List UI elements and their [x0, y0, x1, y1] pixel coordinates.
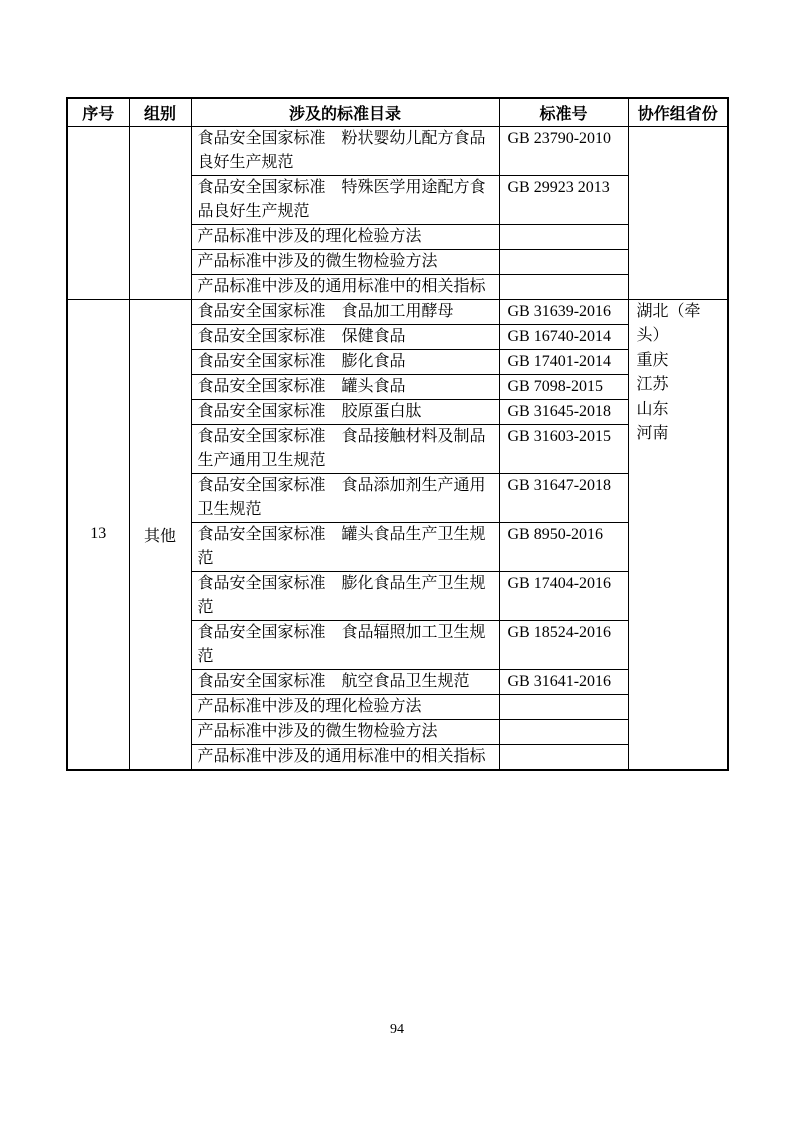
table-row: 13其他食品安全国家标准 食品加工用酵母GB 31639-2016湖北（牵头）重… — [67, 299, 728, 324]
column-header-3: 涉及的标准目录 — [191, 98, 499, 126]
catalog-cell: 产品标准中涉及的通用标准中的相关指标 — [191, 744, 499, 770]
standard-no-cell: GB 18524-2016 — [499, 620, 628, 669]
catalog-cell: 食品安全国家标准 食品接触材料及制品 生产通用卫生规范 — [191, 424, 499, 473]
group-cell — [129, 126, 191, 299]
catalog-cell: 食品安全国家标准 保健食品 — [191, 324, 499, 349]
standard-no-cell — [499, 249, 628, 274]
province-line: 山东 — [637, 398, 724, 423]
province-cell: 湖北（牵头）重庆江苏山东河南 — [628, 299, 728, 770]
column-header-5: 协作组省份 — [628, 98, 728, 126]
table-row: 食品安全国家标准 粉状婴幼儿配方食品 良好生产规范GB 23790-2010 — [67, 126, 728, 175]
serial-cell: 13 — [67, 299, 129, 770]
province-line: 江苏 — [637, 373, 724, 398]
catalog-cell: 食品安全国家标准 航空食品卫生规范 — [191, 669, 499, 694]
catalog-cell: 产品标准中涉及的通用标准中的相关指标 — [191, 274, 499, 299]
catalog-cell: 食品安全国家标准 膨化食品 — [191, 349, 499, 374]
standard-no-cell: GB 8950-2016 — [499, 522, 628, 571]
standard-no-cell: GB 29923 2013 — [499, 175, 628, 224]
standard-no-cell — [499, 224, 628, 249]
page-number: 94 — [0, 1022, 794, 1038]
header-row: 序号组别涉及的标准目录标准号协作组省份 — [67, 98, 728, 126]
standard-no-cell — [499, 274, 628, 299]
catalog-cell: 产品标准中涉及的理化检验方法 — [191, 694, 499, 719]
standard-no-cell: GB 31645-2018 — [499, 399, 628, 424]
province-line: 河南 — [637, 422, 724, 447]
standard-no-cell — [499, 719, 628, 744]
province-line: 湖北（牵头） — [637, 300, 724, 349]
standards-table: 序号组别涉及的标准目录标准号协作组省份 食品安全国家标准 粉状婴幼儿配方食品 良… — [66, 97, 729, 771]
catalog-cell: 食品安全国家标准 胶原蛋白肽 — [191, 399, 499, 424]
standard-no-cell: GB 31647-2018 — [499, 473, 628, 522]
catalog-cell: 食品安全国家标准 膨化食品生产卫生规 范 — [191, 571, 499, 620]
standard-no-cell: GB 23790-2010 — [499, 126, 628, 175]
standard-no-cell: GB 31603-2015 — [499, 424, 628, 473]
catalog-cell: 食品安全国家标准 食品添加剂生产通用 卫生规范 — [191, 473, 499, 522]
catalog-cell: 食品安全国家标准 特殊医学用途配方食 品良好生产规范 — [191, 175, 499, 224]
catalog-cell: 产品标准中涉及的理化检验方法 — [191, 224, 499, 249]
serial-cell — [67, 126, 129, 299]
standard-no-cell: GB 31639-2016 — [499, 299, 628, 324]
column-header-4: 标准号 — [499, 98, 628, 126]
catalog-cell: 食品安全国家标准 罐头食品生产卫生规 范 — [191, 522, 499, 571]
document-page: 序号组别涉及的标准目录标准号协作组省份 食品安全国家标准 粉状婴幼儿配方食品 良… — [0, 0, 794, 1122]
catalog-cell: 产品标准中涉及的微生物检验方法 — [191, 719, 499, 744]
province-cell — [628, 126, 728, 299]
standard-no-cell — [499, 694, 628, 719]
table-header: 序号组别涉及的标准目录标准号协作组省份 — [67, 98, 728, 126]
standard-no-cell: GB 17404-2016 — [499, 571, 628, 620]
column-header-2: 组别 — [129, 98, 191, 126]
standard-no-cell: GB 16740-2014 — [499, 324, 628, 349]
catalog-cell: 食品安全国家标准 食品加工用酵母 — [191, 299, 499, 324]
group-cell: 其他 — [129, 299, 191, 770]
catalog-cell: 食品安全国家标准 罐头食品 — [191, 374, 499, 399]
standard-no-cell: GB 7098-2015 — [499, 374, 628, 399]
catalog-cell: 食品安全国家标准 粉状婴幼儿配方食品 良好生产规范 — [191, 126, 499, 175]
province-line: 重庆 — [637, 349, 724, 374]
standard-no-cell: GB 31641-2016 — [499, 669, 628, 694]
catalog-cell: 食品安全国家标准 食品辐照加工卫生规 范 — [191, 620, 499, 669]
column-header-1: 序号 — [67, 98, 129, 126]
catalog-cell: 产品标准中涉及的微生物检验方法 — [191, 249, 499, 274]
standard-no-cell — [499, 744, 628, 770]
table-body: 食品安全国家标准 粉状婴幼儿配方食品 良好生产规范GB 23790-2010食品… — [67, 126, 728, 770]
standard-no-cell: GB 17401-2014 — [499, 349, 628, 374]
